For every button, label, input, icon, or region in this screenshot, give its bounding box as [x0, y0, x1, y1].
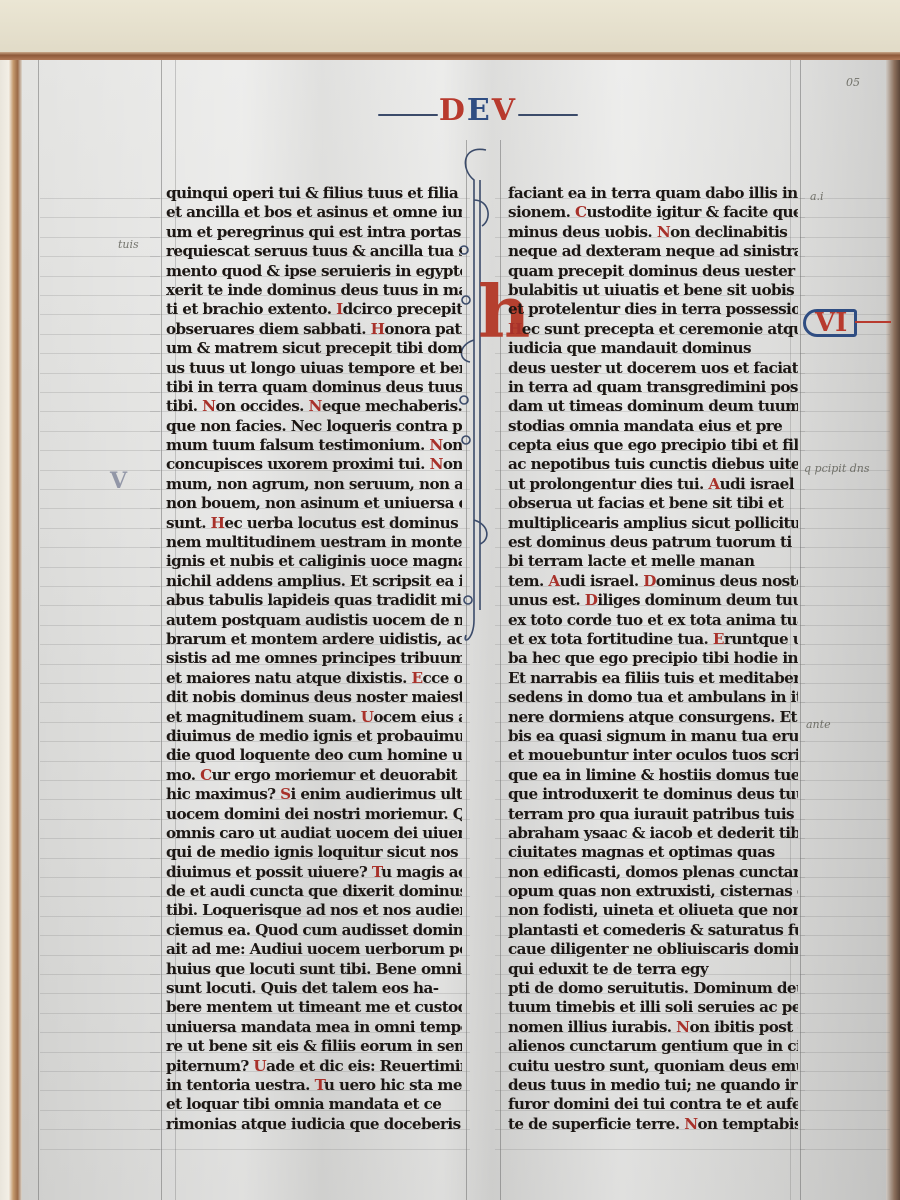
ruling-line: [40, 780, 160, 781]
text-line: et mouebuntur inter oculos tuos scribes: [508, 746, 798, 765]
ruling-line: [40, 334, 160, 335]
text-line: furor domini dei tui contra te et aufera…: [508, 1095, 798, 1114]
ruling-line: [40, 450, 160, 451]
text-line: ba hec que ego precipio tibi hodie in co…: [508, 649, 798, 668]
ruling-line: [40, 858, 160, 859]
ruling-line: [800, 644, 890, 645]
text-line: bis ea quasi signum in manu tua eruntque: [508, 727, 798, 746]
ruling-line: [40, 1110, 160, 1111]
ruling-line: [800, 276, 890, 277]
ruling-line: [800, 877, 890, 878]
text-line: pti de domo seruitutis. Dominum deum: [508, 979, 798, 998]
marginal-note-right-lower: ante: [806, 718, 831, 731]
text-line: que non facies. Nec loqueris contra prox…: [166, 417, 462, 436]
text-line: nomen illius iurabis. Non ibitis post de…: [508, 1018, 798, 1037]
text-line: in terra ad quam transgredimini possiden: [508, 378, 798, 397]
ruling-line: [800, 780, 890, 781]
text-line: cuitu uestro sunt, quoniam deus emulator…: [508, 1057, 798, 1076]
ruling-line: [40, 489, 160, 490]
ruling-line: [40, 198, 160, 199]
text-line: re ut bene sit eis & filiis eorum in sem: [166, 1037, 462, 1056]
text-line: quinqui operi tui & filius tuus et filia…: [166, 184, 462, 203]
ruling-line: [800, 625, 890, 626]
wall-background: [0, 0, 900, 58]
ruling-line: [800, 547, 890, 548]
text-line: Hec sunt precepta et ceremonie atque: [508, 320, 798, 339]
running-header-title: DEV: [438, 92, 518, 130]
text-line: unus est. Diliges dominum deum tuum: [508, 591, 798, 610]
text-line: mo. Cur ergo moriemur et deuorabit nos i…: [166, 766, 462, 785]
text-line: qui de medio ignis loquitur sicut nos au: [166, 843, 462, 862]
running-header: DEV: [378, 92, 578, 132]
text-line: sistis ad me omnes principes tribuum: [166, 649, 462, 668]
text-line: nere dormiens atque consurgens. Et liga: [508, 708, 798, 727]
ruling-line: [800, 799, 890, 800]
ruling-line: [800, 353, 890, 354]
text-line: abraham ysaac & iacob et dederit tibi: [508, 824, 798, 843]
ruling-line: [40, 993, 160, 994]
ruling-line: [40, 1071, 160, 1072]
ruling-line: [40, 625, 160, 626]
text-line: ex toto corde tuo et ex tota anima tua: [508, 611, 798, 630]
text-line: autem postquam audistis uocem de medio t…: [166, 611, 462, 630]
text-line: ciemus ea. Quod cum audisset dominus: [166, 921, 462, 940]
text-line: qui eduxit te de terra egy: [508, 960, 798, 979]
text-line: ut prolongentur dies tui. Audi israel et: [508, 475, 798, 494]
ruling-line: [40, 237, 160, 238]
ruling-left-col-start: [161, 60, 162, 1200]
text-line: sunt. Hec uerba locutus est dominus ad o…: [166, 514, 462, 533]
ruling-line: [40, 877, 160, 878]
ruling-line: [40, 1052, 160, 1053]
ruling-line: [40, 1032, 160, 1033]
text-line: tibi in terra quam dominus deus tuus dat…: [166, 378, 462, 397]
ruling-line: [800, 761, 890, 762]
text-line: rimonias atque iudicia que doceberis eos…: [166, 1115, 462, 1134]
text-line: que ea in limine & hostiis domus tue. Cu…: [508, 766, 798, 785]
text-line: non edificasti, domos plenas cunctarum: [508, 863, 798, 882]
text-line: diuimus et possit uiuere? Tu magis acce: [166, 863, 462, 882]
ruling-line: [40, 799, 160, 800]
text-line: iudicia que mandauit dominus: [508, 339, 798, 358]
ruling-line: [40, 470, 160, 471]
ruling-line: [800, 1129, 890, 1130]
frame-top-edge: [0, 52, 900, 60]
text-line: stodias omnia mandata eius et pre: [508, 417, 798, 436]
ruling-line: [800, 838, 890, 839]
ruling-line: [40, 1013, 160, 1014]
ruling-line: [40, 314, 160, 315]
ruling-line: [40, 1090, 160, 1091]
header-letter-d: D: [439, 93, 467, 128]
chapter-vi-label: VI: [815, 307, 847, 339]
ruling-line: [40, 702, 160, 703]
text-line: um et peregrinus qui est intra portas tu…: [166, 223, 462, 242]
text-line: piternum? Uade et dic eis: Reuertimini: [166, 1057, 462, 1076]
ruling-line: [800, 567, 890, 568]
text-line: us tuus ut longo uiuas tempore et bene s…: [166, 359, 462, 378]
header-letter-e: E: [467, 93, 492, 128]
ruling-line: [800, 683, 890, 684]
text-line: ac nepotibus tuis cunctis diebus uite tu…: [508, 455, 798, 474]
ruling-line: [800, 373, 890, 374]
text-line: uniuersa mandata mea in omni tempo: [166, 1018, 462, 1037]
text-line: non bouem, non asinum et uniuersa que il…: [166, 494, 462, 513]
ruling-line: [40, 935, 160, 936]
ruling-line: [40, 295, 160, 296]
text-line: alienos cunctarum gentium que in cir: [508, 1037, 798, 1056]
text-line: Et narrabis ea filiis tuis et meditaberi…: [508, 669, 798, 688]
text-line: xerit te inde dominus deus tuus in manu …: [166, 281, 462, 300]
ruling-line: [40, 567, 160, 568]
text-column-left: quinqui operi tui & filius tuus et filia…: [166, 184, 462, 1134]
ruling-line: [40, 722, 160, 723]
text-line: tuum timebis et illi soli seruies ac per: [508, 998, 798, 1017]
text-line: et ancilla et bos et asinus et omne iume…: [166, 203, 462, 222]
ruling-line: [800, 1110, 890, 1111]
ruling-line: [40, 955, 160, 956]
ruling-line: [800, 1071, 890, 1072]
text-line: huius que locuti sunt tibi. Bene omnia: [166, 960, 462, 979]
text-line: sunt locuti. Quis det talem eos ha-: [166, 979, 462, 998]
text-line: plantasti et comederis & saturatus fueri…: [508, 921, 798, 940]
ruling-line: [800, 237, 890, 238]
ruling-line: [150, 1149, 470, 1150]
ruling-line: [40, 508, 160, 509]
ruling-line: [800, 916, 890, 917]
text-line: faciant ea in terra quam dabo illis in p…: [508, 184, 798, 203]
ruling-line: [800, 528, 890, 529]
marginal-note-left-top: tuis: [118, 238, 139, 251]
ruling-line: [40, 683, 160, 684]
ruling-line: [40, 528, 160, 529]
text-line: um & matrem sicut precepit tibi dominus …: [166, 339, 462, 358]
ruling-line: [800, 392, 890, 393]
ruling-line: [40, 741, 160, 742]
text-line: ignis et nubis et caliginis uoce magna: [166, 552, 462, 571]
ruling-line: [800, 1052, 890, 1053]
text-line: minus deus uobis. Non declinabitis: [508, 223, 798, 242]
ruling-right-col-end: [800, 60, 801, 1200]
text-line: mum, non agrum, non seruum, non ancillam…: [166, 475, 462, 494]
ruling-line: [40, 974, 160, 975]
text-line: de et audi cuncta que dixerit dominus de…: [166, 882, 462, 901]
text-line: requiescat seruus tuus & ancilla tua sic…: [166, 242, 462, 261]
ruling-line: [495, 1149, 805, 1150]
chapter-number-v-faded: V: [110, 468, 127, 494]
ruling-line: [40, 392, 160, 393]
ruling-line: [40, 664, 160, 665]
text-line: uocem domini dei nostri moriemur. Quid e…: [166, 805, 462, 824]
text-line: mum tuum falsum testimonium. Non: [166, 436, 462, 455]
text-line: te de superficie terre. Non temptabis: [508, 1115, 798, 1134]
text-line: brarum et montem ardere uidistis, acce: [166, 630, 462, 649]
text-line: tibi. Loquerisque ad nos et nos audiente…: [166, 901, 462, 920]
text-line: bulabitis ut uiuatis et bene sit uobis: [508, 281, 798, 300]
text-line: est dominus deus patrum tuorum ti: [508, 533, 798, 552]
ruling-line: [800, 664, 890, 665]
text-line: ciuitates magnas et optimas quas: [508, 843, 798, 862]
ruling-line: [800, 993, 890, 994]
ruling-line: [40, 217, 160, 218]
text-line: die quod loquente deo cum homine uixerit…: [166, 746, 462, 765]
marginal-note-corner: 05: [846, 76, 860, 89]
text-line: caue diligenter ne obliuiscaris domini: [508, 940, 798, 959]
text-line: nichil addens amplius. Et scripsit ea in…: [166, 572, 462, 591]
text-line: dit nobis dominus deus noster maiestatem: [166, 688, 462, 707]
text-line: quam precepit dominus deus uester am: [508, 262, 798, 281]
ruling-line: [800, 489, 890, 490]
text-line: mento quod & ipse seruieris in egypto et…: [166, 262, 462, 281]
ruling-line: [800, 935, 890, 936]
ruling-line: [800, 1090, 890, 1091]
text-line: tibi. Non occides. Neque mechaberis. Fur…: [166, 397, 462, 416]
ruling-line: [40, 838, 160, 839]
ruling-line: [40, 1129, 160, 1130]
text-line: opum quas non extruxisti, cisternas quas: [508, 882, 798, 901]
text-line: cepta eius que ego precipio tibi et fili…: [508, 436, 798, 455]
ruling-line: [40, 547, 160, 548]
text-line: ti et brachio extento. Idcirco precepit …: [166, 300, 462, 319]
penwork-flourish-icon: [456, 140, 496, 650]
frame-right-edge: [886, 60, 900, 1200]
marginal-note-right-mid: q pcipit dns: [804, 462, 870, 475]
ruling-line: [800, 1149, 890, 1150]
ruling-line: [40, 353, 160, 354]
text-line: ait ad me: Audiui uocem uerborum populi: [166, 940, 462, 959]
ruling-line: [800, 411, 890, 412]
text-line: et maiores natu atque dixistis. Ecce ost…: [166, 669, 462, 688]
ruling-line: [800, 586, 890, 587]
text-line: nem multitudinem uestram in monte de med…: [166, 533, 462, 552]
text-line: sionem. Custodite igitur & facite que pr…: [508, 203, 798, 222]
ruling-line: [800, 217, 890, 218]
text-line: et ex tota fortitudine tua. Eruntque uer: [508, 630, 798, 649]
ruling-line: [800, 1013, 890, 1014]
ruling-line: [800, 955, 890, 956]
text-line: omnis caro ut audiat uocem dei uiuentis: [166, 824, 462, 843]
text-line: et protelentur dies in terra possessioni…: [508, 300, 798, 319]
ruling-line: [800, 605, 890, 606]
ruling-line: [800, 508, 890, 509]
frame-left-edge: [0, 60, 22, 1200]
marginal-note-right-small: a.i: [810, 190, 824, 203]
text-line: terram pro qua iurauit patribus tuis: [508, 805, 798, 824]
text-line: hic maximus? Si enim audierimus ultra: [166, 785, 462, 804]
header-flourish-left: [378, 114, 438, 116]
text-line: bere mentem ut timeant me et custodiant: [166, 998, 462, 1017]
text-line: que introduxerit te dominus deus tuus in: [508, 785, 798, 804]
ruling-line: [800, 295, 890, 296]
chapter-vi-tail: [855, 321, 891, 323]
ruling-line: [40, 256, 160, 257]
ruling-line: [40, 411, 160, 412]
text-line: abus tabulis lapideis quas tradidit mihi…: [166, 591, 462, 610]
text-line: obseruares diem sabbati. Honora patrem t…: [166, 320, 462, 339]
text-line: et loquar tibi omnia mandata et ce: [166, 1095, 462, 1114]
text-line: deus tuus in medio tui; ne quando irasca…: [508, 1076, 798, 1095]
ruling-line: [40, 586, 160, 587]
ruling-line: [800, 1032, 890, 1033]
ruling-line: [800, 741, 890, 742]
text-line: multiplicearis amplius sicut pollicitus: [508, 514, 798, 533]
text-line: tem. Audi israel. Dominus deus noster de…: [508, 572, 798, 591]
ruling-line: [800, 858, 890, 859]
ruling-line: [800, 431, 890, 432]
ruling-line: [800, 896, 890, 897]
text-line: bi terram lacte et melle manan: [508, 552, 798, 571]
ruling-line: [800, 974, 890, 975]
text-line: non fodisti, uineta et oliueta que non: [508, 901, 798, 920]
ruling-line: [40, 373, 160, 374]
text-line: dam ut timeas dominum deum tuum et cu: [508, 397, 798, 416]
text-line: et magnitudinem suam. Uocem eius au: [166, 708, 462, 727]
ruling-line: [40, 276, 160, 277]
ruling-line: [40, 916, 160, 917]
text-line: concupisces uxorem proximi tui. Non do: [166, 455, 462, 474]
text-line: obserua ut facias et bene sit tibi et: [508, 494, 798, 513]
chapter-number-vi: VI: [803, 305, 893, 341]
ruling-line: [40, 644, 160, 645]
ruling-line: [800, 819, 890, 820]
ruling-line: [40, 1149, 160, 1150]
header-letter-v: V: [492, 93, 517, 128]
ruling-line: [40, 761, 160, 762]
text-line: sedens in domo tua et ambulans in iti: [508, 688, 798, 707]
ruling-line: [40, 819, 160, 820]
text-column-right: faciant ea in terra quam dabo illis in p…: [508, 184, 798, 1134]
ruling-line: [40, 605, 160, 606]
ruling-line: [800, 702, 890, 703]
ruling-left-outer: [38, 60, 39, 1200]
ruling-line: [40, 896, 160, 897]
header-flourish-right: [518, 114, 578, 116]
ruling-line: [800, 256, 890, 257]
text-line: diuimus de medio ignis et probauimus ho: [166, 727, 462, 746]
ruling-line: [40, 431, 160, 432]
text-line: in tentoria uestra. Tu uero hic sta mecu…: [166, 1076, 462, 1095]
text-line: deus uester ut docerem uos et faciatis e…: [508, 359, 798, 378]
ruling-line: [800, 450, 890, 451]
text-line: neque ad dexteram neque ad sinistram, se…: [508, 242, 798, 261]
